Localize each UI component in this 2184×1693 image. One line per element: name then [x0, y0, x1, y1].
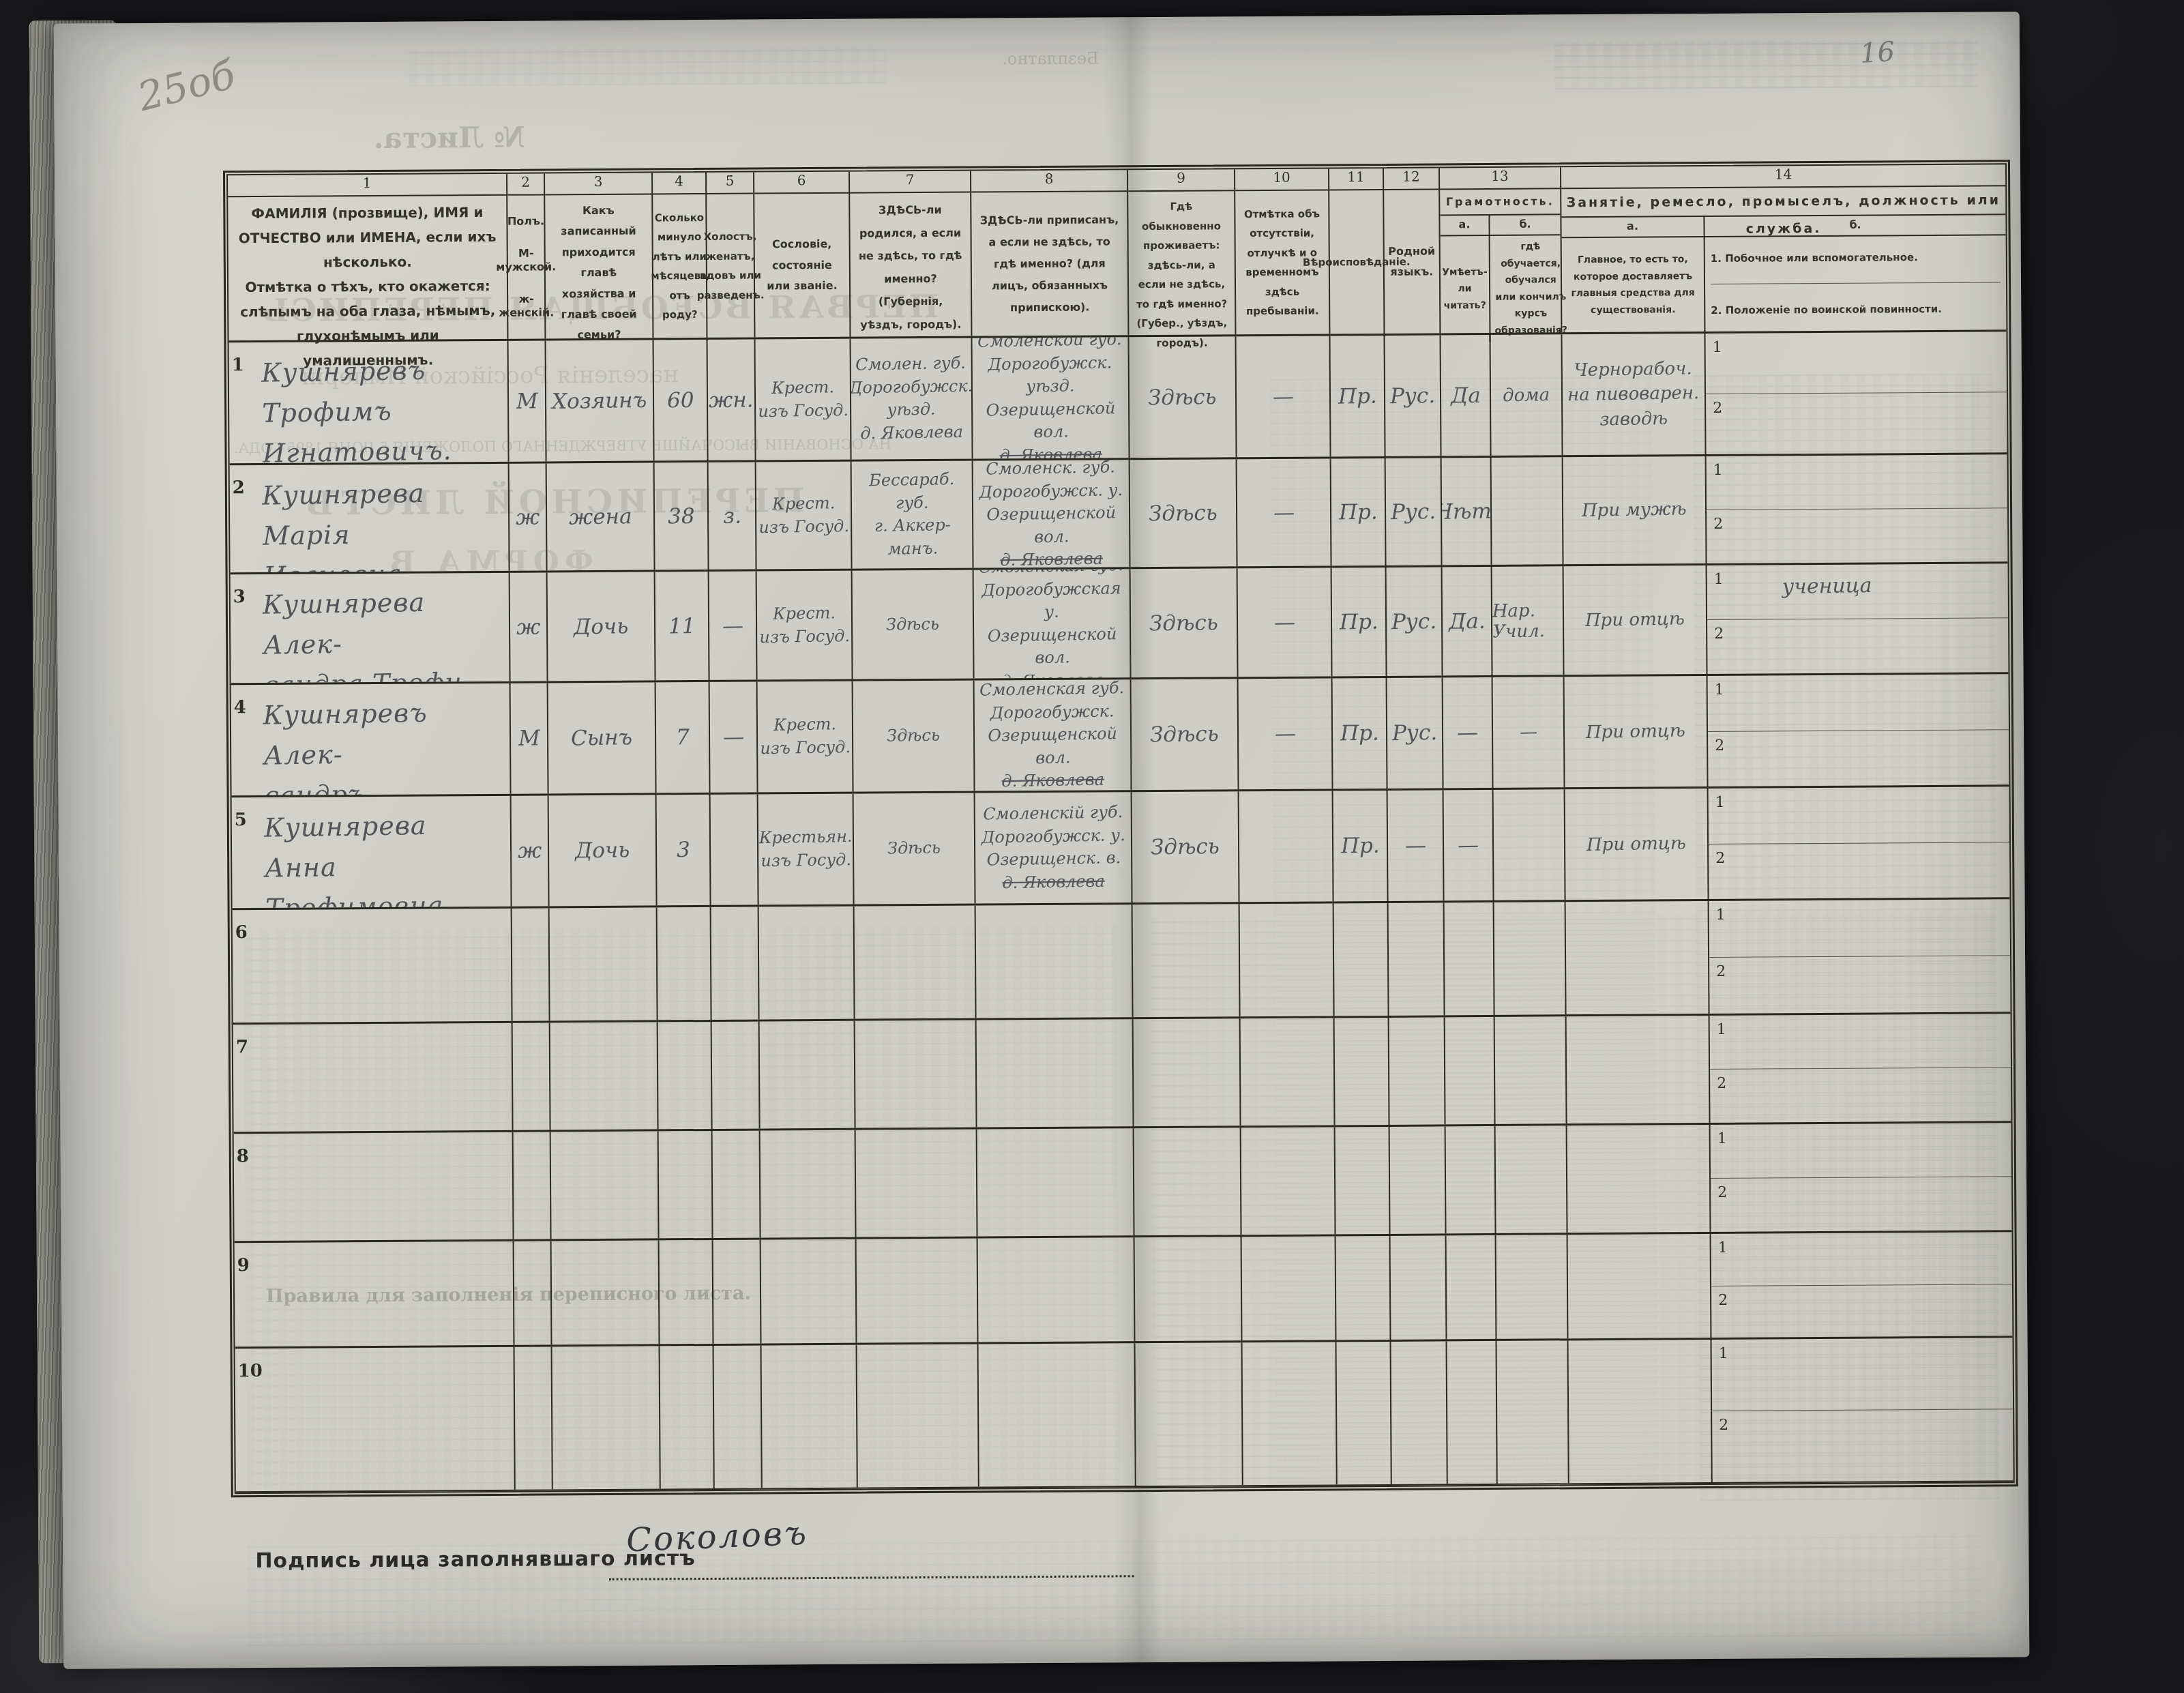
table-row: 2 Кушнярева Марія Ивановна ж жена 38 з. …: [230, 454, 2008, 574]
cell-estate: [760, 1021, 856, 1129]
residence-value: Здѣсь: [1150, 722, 1219, 748]
cell-name: 10: [235, 1347, 516, 1492]
marital-value: —: [722, 613, 743, 638]
col-title: ЗДѢСЬ-ли приписанъ, а если не здѣсь, то …: [971, 192, 1127, 336]
cell-age: [658, 1022, 713, 1129]
printed-sub-number-1: 1: [1715, 679, 1742, 698]
cell-name: 3 Кушнярева Алек- сандра Трофи- мовна: [231, 573, 511, 683]
printed-sub-number-1: 1: [1713, 459, 1741, 479]
registration-value: Смоленской губ. Дорогобужск. уѣзд. Озери…: [972, 337, 1129, 445]
census-table: 1 ФАМИЛІЯ (прозвище), ИМЯ и ОТЧЕСТВО или…: [223, 160, 2018, 1497]
registration-value: Смоленская губ. Дорогобужск. Озерищенско…: [975, 679, 1131, 771]
cell-relation: [551, 1131, 660, 1239]
registration-value: Смоленск. губ. Дорогобужск. у. Озерищенс…: [973, 460, 1130, 549]
header-col-sex: 2 Полъ. М-мужской. ж-женскій.: [507, 173, 546, 338]
printed-sub-number-2: 2: [1715, 846, 1743, 866]
col-number: 8: [971, 170, 1127, 192]
col-number: 1: [228, 174, 506, 197]
person-name: Кушняревъ Трофимъ Игнатовичъ.: [261, 349, 505, 463]
col-title: Родной языкъ.: [1384, 190, 1439, 333]
relation-value: Дочь: [574, 614, 629, 639]
birthplace-value: Смолен. губ. Дорогобужск. уѣзд. д. Яковл…: [851, 352, 973, 445]
occupation-side-section-2: 2: [1711, 1177, 2011, 1232]
sub-col-title-a: Главное, то есть то, которое доставляетъ…: [1562, 237, 1706, 332]
occupation-side-section-1: 1: [1707, 454, 2007, 510]
occupation-value: При отцѣ: [1586, 718, 1685, 745]
cell-absence: [1239, 791, 1334, 902]
cell-registration: [977, 1019, 1134, 1127]
cell-language: Рус.: [1385, 335, 1441, 456]
cell-registration: Смоленская губ. Дорогобужская у. Озерище…: [974, 569, 1132, 678]
sex-value: М: [518, 726, 540, 751]
cell-registration: [976, 904, 1134, 1018]
cell-occupation-side: 1 2: [1705, 332, 2007, 454]
language-value: Рус.: [1392, 720, 1438, 746]
occupation-side-section-2: 2: [1709, 956, 2010, 1014]
cell-residence: Здѣсь: [1131, 568, 1239, 677]
estate-value: Крест. изъ Госуд.: [758, 602, 850, 649]
cell-occupation-main: [1568, 1234, 1712, 1338]
header-col-literacy: 13 Грамотность. а. б. Умѣетъ-ли читать? …: [1440, 167, 1562, 333]
printed-sub-number-2: 2: [1714, 623, 1741, 643]
row-number: 10: [238, 1358, 268, 1381]
absence-value: —: [1273, 610, 1295, 635]
cell-sex: ж: [510, 463, 548, 570]
occupation-value: Чернорабоч. на пивоварен. заводѣ: [1567, 356, 1700, 432]
reads-value: Да: [1450, 383, 1480, 408]
cell-language: [1391, 1235, 1447, 1339]
col-number: 4: [653, 173, 705, 194]
cell-age: [660, 1240, 714, 1344]
registration-value: Смоленская губ. Дорогобужская у. Озерище…: [974, 569, 1131, 671]
person-name: Кушняревъ Алек- сандръ Трофимо- вичъ: [263, 692, 507, 795]
cell-relation: [550, 1022, 659, 1130]
cell-age: 38: [655, 462, 709, 570]
cell-education: [1494, 902, 1567, 1015]
printed-sub-number-1: 1: [1718, 1237, 1745, 1256]
cell-age: 60: [654, 340, 709, 460]
occupation-side-section-2: 2: [1712, 1409, 2013, 1482]
cell-education: —: [1493, 677, 1565, 788]
row-number: 5: [235, 807, 265, 830]
cell-religion: Пр.: [1332, 568, 1387, 676]
cell-name: 1 Кушняревъ Трофимъ Игнатовичъ.: [229, 341, 510, 464]
cell-absence: [1240, 903, 1335, 1016]
language-value: Рус.: [1390, 383, 1436, 409]
table-row: 3 Кушнярева Алек- сандра Трофи- мовна ж …: [231, 563, 2009, 685]
col-number: 2: [507, 173, 544, 195]
cell-sex: [513, 1022, 551, 1130]
cell-registration: Смоленской губ. Дорогобужск. уѣзд. Озери…: [972, 337, 1130, 458]
cell-language: [1390, 1126, 1447, 1233]
birthplace-value: Здѣсь: [887, 724, 940, 748]
cell-religion: Пр.: [1333, 791, 1389, 901]
col-title: ЗДѢСЬ-ли родился, а если не здѣсь, то гд…: [850, 193, 971, 342]
occupation-side-section-1: 1: [1709, 899, 2010, 958]
relation-value: жена: [569, 504, 632, 530]
cell-religion: [1336, 1127, 1391, 1234]
printed-sub-number-1: 1: [1714, 568, 1741, 588]
religion-value: Пр.: [1338, 499, 1377, 525]
cell-language: Рус.: [1386, 458, 1443, 565]
cell-birthplace: Бессараб. губ. г. Аккер- манъ.: [852, 461, 974, 569]
occupation-side-section-2: 2: [1706, 392, 2007, 454]
cell-birthplace: [855, 906, 977, 1019]
cell-language: —: [1388, 790, 1445, 900]
occupation-side-section-1: 1: [1710, 1014, 2011, 1070]
cell-reads: [1445, 902, 1495, 1015]
cell-birthplace: [857, 1239, 979, 1343]
cell-birthplace: Здѣсь: [854, 793, 976, 904]
cell-occupation-main: [1567, 1125, 1711, 1233]
cell-education: [1496, 1235, 1569, 1339]
cell-occupation-side: 1 2: [1708, 674, 2009, 786]
birthplace-value: Здѣсь: [887, 837, 941, 861]
occupation-side-section-2: 2: [1707, 618, 2008, 674]
col-number: 11: [1329, 168, 1383, 190]
occupation-side-value: ученица: [1782, 574, 1872, 599]
residence-value: Здѣсь: [1148, 384, 1217, 410]
religion-value: Пр.: [1339, 609, 1378, 634]
registration-struck: д. Яковлева: [1001, 769, 1104, 791]
cell-education: [1492, 457, 1564, 565]
cell-language: [1389, 1017, 1446, 1124]
cell-sex: М: [509, 340, 547, 461]
cell-occupation-main: При отцѣ: [1565, 789, 1709, 900]
cell-occupation-main: При мужѣ: [1563, 456, 1707, 564]
census-table-inner: 1 ФАМИЛІЯ (прозвище), ИМЯ и ОТЧЕСТВО или…: [226, 163, 2015, 1494]
cell-language: [1389, 902, 1445, 1015]
relation-value: Дочь: [575, 838, 630, 863]
occupation-value: При отцѣ: [1587, 831, 1686, 857]
header-col-occupation: 14 Занятіе, ремесло, промыселъ, должност…: [1561, 164, 2006, 332]
sub-col-label-b: б.: [1705, 215, 2005, 236]
cell-marital: [713, 1131, 761, 1238]
relation-value: Хозяинъ: [552, 387, 647, 413]
cell-absence: —: [1237, 458, 1332, 566]
cell-sex: ж: [512, 795, 550, 906]
language-value: Рус.: [1391, 499, 1436, 525]
estate-value: Крестьян. изъ Госуд.: [758, 825, 853, 872]
header-col-estate: 6 Сословіе, состояніе или званіе.: [754, 172, 851, 338]
cell-language: Рус.: [1387, 677, 1444, 788]
cell-reads: [1447, 1235, 1497, 1339]
cell-estate: Крест. изъ Госуд.: [756, 462, 853, 570]
col-title: Какъ записанный приходится главѣ хозяйст…: [545, 194, 652, 351]
cell-sex: [514, 1241, 552, 1344]
cell-occupation-main: При отцѣ: [1564, 565, 1708, 675]
printed-sub-number-2: 2: [1719, 1414, 1746, 1434]
estate-value: Крест. изъ Госуд.: [759, 713, 851, 760]
cell-sex: М: [511, 683, 549, 793]
col-number: 3: [545, 173, 651, 195]
residence-value: Здѣсь: [1149, 500, 1218, 526]
occupation-side-section-2: 2: [1710, 1068, 2011, 1123]
marital-value: жн.: [709, 387, 754, 413]
cell-absence: —: [1236, 336, 1331, 457]
sex-value: ж: [516, 615, 541, 640]
registration-value: Смоленскій губ. Дорогобужск. у. Озерищен…: [981, 801, 1125, 872]
cell-occupation-main: Чернорабоч. на пивоварен. заводѣ: [1562, 334, 1706, 455]
cell-religion: [1334, 903, 1389, 1016]
cell-registration: Смоленск. губ. Дорогобужск. у. Озерищенс…: [973, 460, 1131, 568]
page-number: 16: [1859, 36, 1896, 70]
cell-marital: з.: [709, 462, 757, 570]
col-number: 10: [1235, 168, 1328, 191]
occupation-value: При мужѣ: [1582, 497, 1687, 524]
cell-residence: Здѣсь: [1132, 679, 1239, 790]
cell-reads: Да.: [1443, 567, 1493, 675]
cell-birthplace: [856, 1130, 978, 1237]
reads-value: Нѣт.: [1442, 499, 1492, 525]
cell-absence: —: [1239, 678, 1333, 789]
marital-value: —: [722, 725, 744, 750]
age-value: 11: [668, 613, 696, 638]
col-title: Сословіе, состояніе или званіе.: [754, 194, 849, 338]
sub-col-label-a: а.: [1440, 216, 1490, 235]
col-title: Вѣроисповѣданіе.: [1329, 190, 1383, 334]
table-row: 7 1 2: [233, 1014, 2011, 1134]
cell-occupation-side: 1 2: [1711, 1232, 2013, 1338]
cell-age: 7: [656, 682, 711, 793]
table-row: 6 1 2: [233, 899, 2011, 1025]
row-number: 9: [237, 1252, 267, 1276]
printed-sub-number-1: 1: [1715, 791, 1743, 811]
cell-reads: [1445, 1017, 1496, 1124]
sub-col-label-a: а.: [1561, 217, 1705, 237]
cell-residence: Здѣсь: [1132, 791, 1240, 902]
cell-name: 8: [234, 1132, 514, 1241]
registration-struck: д. Яковлева: [1002, 870, 1105, 894]
cell-residence: [1134, 1018, 1241, 1126]
table-header: 1 ФАМИЛІЯ (прозвище), ИМЯ и ОТЧЕСТВО или…: [228, 164, 2006, 342]
printed-sub-number-2: 2: [1715, 734, 1742, 754]
cell-estate: [762, 1345, 858, 1488]
cell-marital: [714, 1346, 763, 1488]
reads-value: Да.: [1448, 608, 1485, 634]
cell-age: 11: [655, 572, 710, 680]
row-number: 4: [234, 694, 264, 718]
cell-age: [660, 1346, 715, 1488]
cell-absence: [1241, 1127, 1336, 1235]
cell-marital: [711, 795, 759, 905]
bleedthrough-sheet-number: № Листа.: [374, 121, 525, 155]
residence-value: Здѣсь: [1151, 834, 1220, 860]
occupation-side-section-1: 1: [1711, 1123, 2011, 1179]
header-col-birthplace: 7 ЗДѢСЬ-ли родился, а если не здѣсь, то …: [850, 171, 972, 337]
header-col-marital: 5 Холостъ, женатъ, вдовъ или разведенъ.: [707, 173, 755, 338]
sub-col-title-a: Умѣетъ-ли читать?: [1441, 236, 1491, 342]
cell-marital: [711, 907, 760, 1020]
cell-relation: [552, 1240, 660, 1344]
cell-occupation-main: При отцѣ: [1565, 676, 1709, 787]
education-value: —: [1519, 722, 1537, 742]
cell-marital: —: [709, 572, 758, 680]
cell-name: 4 Кушняревъ Алек- сандръ Трофимо- вичъ: [231, 683, 512, 796]
sub-col-title-b2: 2. Положеніе по воинской повинности.: [1711, 299, 2001, 319]
residence-value: Здѣсь: [1149, 610, 1218, 636]
col-title: Грамотность.: [1440, 189, 1560, 216]
sex-value: ж: [516, 505, 540, 530]
cell-occupation-side: 1 2: [1707, 454, 2008, 563]
cell-marital: [713, 1240, 762, 1344]
signature-handwritten: Соколовъ: [625, 1514, 809, 1559]
col-title: Занятіе, ремесло, промыселъ, должность и…: [1561, 186, 2005, 218]
cell-marital: [712, 1022, 761, 1129]
cell-education: дома: [1490, 334, 1563, 456]
table-row: 9 1 2: [235, 1232, 2013, 1349]
occupation-side-section-2: 2: [1707, 508, 2007, 563]
printed-sub-number-1: 1: [1717, 1018, 1744, 1038]
religion-value: Пр.: [1340, 834, 1379, 859]
cell-age: [659, 1131, 713, 1238]
religion-value: Пр.: [1340, 721, 1378, 746]
col-title: Холостъ, женатъ, вдовъ или разведенъ.: [707, 194, 754, 338]
cell-estate: Крест. изъ Госуд.: [756, 339, 852, 460]
cell-absence: —: [1238, 568, 1333, 677]
cell-sex: [514, 1132, 552, 1239]
col-number: 5: [707, 173, 753, 194]
age-value: 7: [675, 725, 689, 750]
cell-estate: Крест. изъ Госуд.: [757, 571, 853, 680]
printed-sub-number-2: 2: [1713, 513, 1741, 533]
cell-registration: [979, 1343, 1136, 1486]
bleedthrough-texture: [1554, 40, 1977, 90]
birthplace-value: Здѣсь: [886, 613, 939, 636]
cell-age: 3: [657, 795, 711, 905]
cell-estate: Крестьян. изъ Госуд.: [758, 794, 855, 905]
cell-religion: [1336, 1236, 1391, 1340]
cell-birthplace: [855, 1020, 977, 1128]
cell-estate: [759, 907, 855, 1020]
cell-reads: [1446, 1126, 1496, 1233]
printed-sub-number-1: 1: [1716, 904, 1743, 924]
printed-sub-number-2: 2: [1713, 397, 1740, 417]
row-number: 2: [233, 475, 263, 498]
cell-occupation-side: 1 2: [1710, 1014, 2011, 1123]
cell-name: 5 Кушнярева Анна Трофимовна: [232, 796, 512, 909]
cell-occupation-side: 1 2: [1711, 1338, 2013, 1482]
cell-reads: —: [1443, 677, 1494, 788]
cell-education: [1495, 1016, 1567, 1124]
printed-sub-number-2: 2: [1717, 1181, 1745, 1201]
divider: [1711, 282, 2001, 285]
printed-sub-number-1: 1: [1717, 1128, 1745, 1147]
absence-value: —: [1273, 500, 1295, 525]
sub-col-title-b: гдѣ обучается, обучался или кончилъ курс…: [1490, 235, 1571, 342]
cell-occupation-side: 1 2: [1709, 899, 2011, 1014]
printed-sub-number-2: 2: [1717, 1072, 1744, 1092]
cell-estate: Крест. изъ Госуд.: [758, 681, 854, 793]
occupation-side-section-1: 1: [1705, 332, 2007, 394]
col-number: 13: [1440, 167, 1560, 190]
col-number: 14: [1561, 164, 2005, 189]
occupation-side-section-2: 2: [1708, 730, 2009, 786]
cell-relation: Сынъ: [548, 682, 657, 793]
cell-sex: [512, 908, 550, 1020]
reads-value: —: [1457, 720, 1479, 746]
cell-occupation-side: 1 ученица 2: [1707, 563, 2009, 674]
cell-registration: Смоленскій губ. Дорогобужск. у. Озерищен…: [975, 792, 1133, 903]
table-row: 10 1 2: [235, 1338, 2013, 1492]
cell-residence: [1134, 1128, 1242, 1235]
col-number: 12: [1384, 168, 1438, 190]
header-col-name: 1 ФАМИЛІЯ (прозвище), ИМЯ и ОТЧЕСТВО или…: [228, 174, 508, 341]
age-value: 38: [668, 503, 695, 529]
table-body: 1 Кушняревъ Трофимъ Игнатовичъ. М Хозяин…: [229, 332, 2013, 1492]
cell-religion: Пр.: [1331, 458, 1387, 565]
person-name: Кушнярева Марія Ивановна: [262, 472, 505, 572]
cell-estate: [761, 1239, 857, 1344]
header-col-relation: 3 Какъ записанный приходится главѣ хозяй…: [545, 173, 653, 338]
cell-occupation-main: [1567, 1016, 1711, 1123]
cell-absence: [1241, 1018, 1336, 1125]
printed-sub-number-1: 1: [1719, 1342, 1746, 1362]
occupation-side-section-2: 2: [1709, 842, 2009, 899]
cell-residence: [1133, 904, 1241, 1017]
row-number: 3: [233, 584, 263, 607]
cell-estate: [761, 1130, 857, 1238]
registration-struck: д. Яковлева: [1000, 548, 1103, 568]
sub-col-title-b1: 1. Побочное или вспомогательное.: [1711, 248, 2001, 267]
col-title: Полъ.: [507, 214, 544, 228]
header-col-absence: 10 Отмѣтка объ отсутствіи, отлучкѣ и о в…: [1235, 168, 1330, 334]
cell-education: [1496, 1125, 1568, 1233]
photo-background: № Листа. Безплатно. ПЕРВАЯ ВСЕОБЩАЯ ПЕРЕ…: [0, 0, 2184, 1693]
printed-sub-number-2: 2: [1716, 960, 1743, 980]
bleedthrough-free-note: Безплатно.: [1002, 48, 1099, 68]
cell-reads: —: [1444, 790, 1494, 900]
cell-language: Рус.: [1387, 567, 1443, 675]
header-col-religion: 11 Вѣроисповѣданіе.: [1329, 168, 1385, 334]
age-value: 3: [676, 838, 690, 862]
language-value: —: [1404, 833, 1426, 858]
birthplace-value: Бессараб. губ. г. Аккер- манъ.: [868, 468, 955, 561]
printed-sub-number-1: 1: [1713, 336, 1740, 356]
sex-value: М: [516, 389, 537, 414]
cell-relation: [552, 1346, 661, 1489]
col-number: 9: [1128, 169, 1234, 192]
absence-value: —: [1272, 384, 1294, 409]
table-row: 5 Кушнярева Анна Трофимовна ж Дочь 3 Кре…: [232, 786, 2010, 910]
cell-birthplace: [857, 1344, 979, 1488]
education-value: Нар. Учил.: [1492, 600, 1563, 642]
cell-residence: [1136, 1342, 1243, 1486]
cell-absence: [1243, 1342, 1338, 1485]
cell-relation: Дочь: [548, 572, 656, 681]
marital-value: з.: [722, 503, 741, 528]
cell-absence: [1242, 1236, 1337, 1340]
col-title: Гдѣ обыкновенно проживаетъ: здѣсь-ли, а …: [1128, 191, 1235, 358]
cell-reads: Нѣт.: [1442, 458, 1492, 565]
estate-value: Крест. изъ Госуд.: [758, 492, 849, 539]
row-number: 8: [237, 1143, 267, 1166]
cell-birthplace: Смолен. губ. Дорогобужск. уѣзд. д. Яковл…: [851, 338, 973, 460]
religion-value: Пр.: [1338, 383, 1376, 409]
occupation-side-section-1: 1: [1708, 674, 2009, 731]
cell-reads: [1447, 1341, 1497, 1484]
header-col-residence: 9 Гдѣ обыкновенно проживаетъ: здѣсь-ли, …: [1128, 169, 1236, 335]
cell-residence: Здѣсь: [1129, 336, 1237, 458]
row-number: 1: [232, 352, 262, 375]
pencil-page-note: 25об: [133, 51, 239, 121]
table-row: 8 1 2: [234, 1123, 2012, 1243]
occupation-side-section-1: 1: [1709, 786, 2009, 844]
cell-religion: Пр.: [1330, 336, 1385, 456]
cell-relation: [550, 907, 658, 1020]
occupation-side-section-2: 2: [1711, 1284, 2012, 1338]
cell-education: Нар. Учил.: [1492, 566, 1565, 675]
